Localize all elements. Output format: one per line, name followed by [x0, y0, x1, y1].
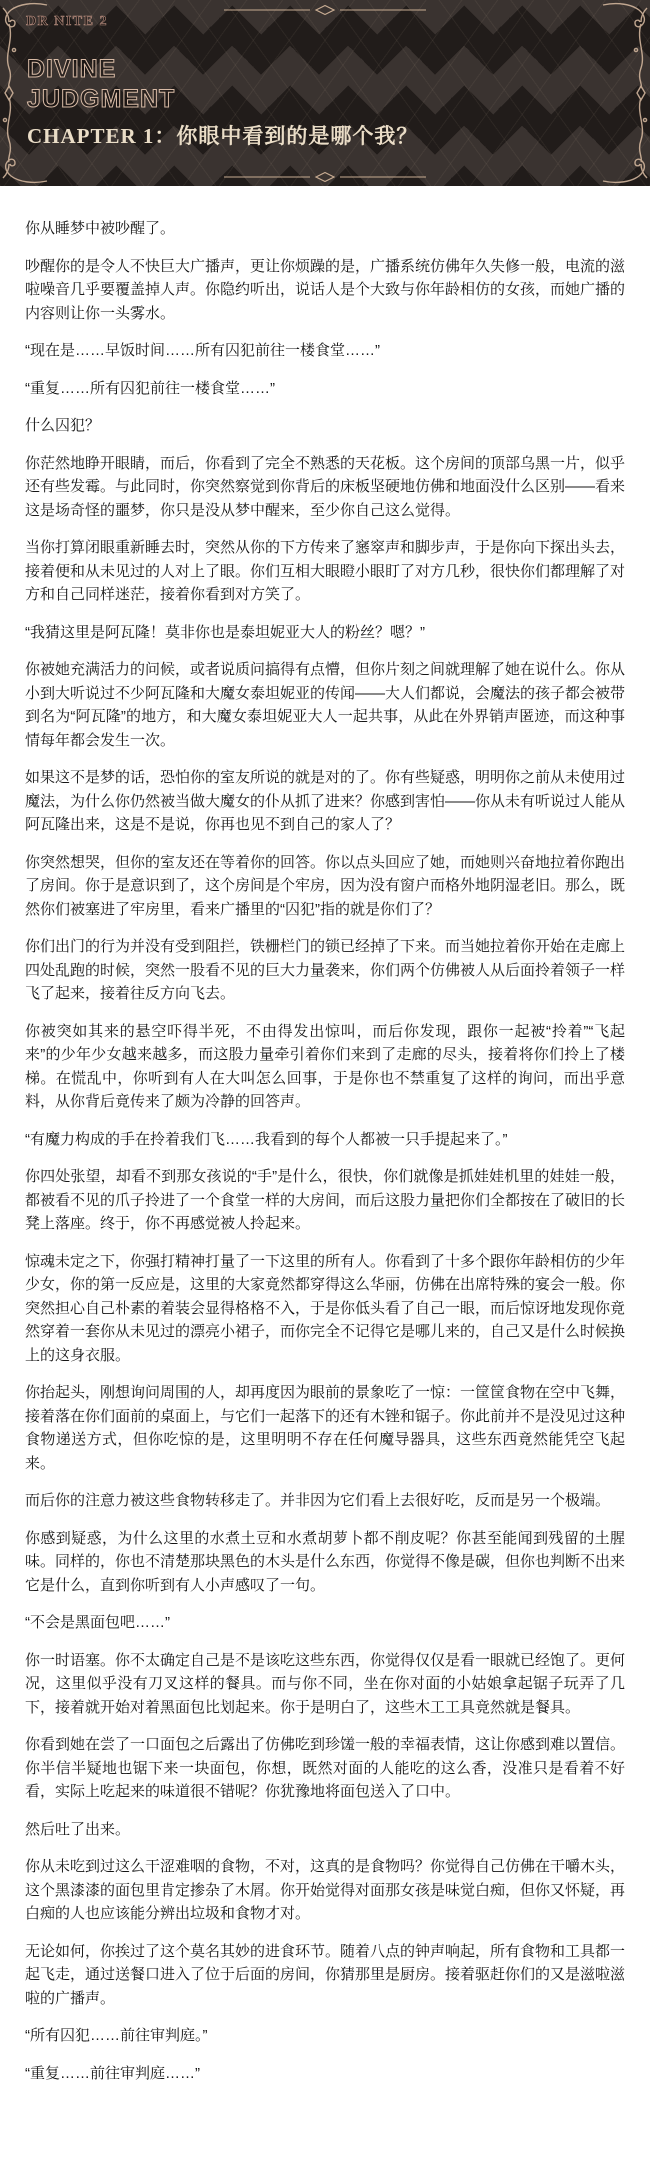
story-paragraph: 你抬起头，刚想询问周围的人，却再度因为眼前的景象吃了一惊：一筐筐食物在空中飞舞，… — [25, 1381, 625, 1475]
story-paragraph: 而后你的注意力被这些食物转移走了。并非因为它们看上去很好吃，反而是另一个极端。 — [25, 1489, 625, 1513]
story-paragraph: 你们出门的行为并没有受到阻拦，铁栅栏门的锁已经掉了下来。而当她拉着你开始在走廊上… — [25, 935, 625, 1006]
divider-diamond-icon — [220, 170, 430, 184]
story-paragraph: 然后吐了出来。 — [25, 1818, 625, 1842]
story-paragraph: “重复……所有囚犯前往一楼食堂……” — [25, 377, 625, 401]
story-paragraph: 吵醒你的是令人不快巨大广播声，更让你烦躁的是，广播系统仿佛年久失修一般，电流的滋… — [25, 255, 625, 326]
story-paragraph: 你从未吃到过这么干涩难咽的食物，不对，这真的是食物吗？你觉得自己仿佛在干嚼木头，… — [25, 1855, 625, 1926]
story-paragraph: 无论如何，你挨过了这个莫名其妙的进食环节。随着八点的钟声响起，所有食物和工具都一… — [25, 1940, 625, 2011]
story-paragraph: 你茫然地睁开眼睛，而后，你看到了完全不熟悉的天花板。这个房间的顶部乌黑一片，似乎… — [25, 452, 625, 523]
story-title-line2: JUDGMENT — [27, 84, 175, 114]
story-paragraph: 你感到疑惑，为什么这里的水煮土豆和水煮胡萝卜都不削皮呢？你甚至能闻到残留的土腥味… — [25, 1527, 625, 1598]
story-paragraph: 如果这不是梦的话，恐怕你的室友所说的就是对的了。你有些疑惑，明明你之前从未使用过… — [25, 766, 625, 837]
chapter-title: CHAPTER 1：你眼中看到的是哪个我？ — [27, 120, 418, 150]
story-paragraph: “所有囚犯……前往审判庭。” — [25, 2024, 625, 2048]
story-title: DIVINE JUDGMENT — [27, 54, 175, 114]
story-paragraph: 你被突如其来的悬空吓得半死，不由得发出惊叫，而后你发现，跟你一起被“拎着”“飞起… — [25, 1020, 625, 1114]
story-paragraph: “现在是……早饭时间……所有囚犯前往一楼食堂……” — [25, 339, 625, 363]
event-tag: DR NITE 2 — [26, 14, 108, 30]
story-title-line1: DIVINE — [27, 54, 175, 84]
divider-diamond-icon — [220, 3, 430, 17]
chapter-header: DR NITE 2 DIVINE JUDGMENT CHAPTER 1：你眼中看… — [0, 0, 650, 186]
story-paragraph: “有魔力构成的手在拎着我们飞……我看到的每个人都被一只手提起来了。” — [25, 1128, 625, 1152]
story-paragraph: 你看到她在尝了一口面包之后露出了仿佛吃到珍馐一般的幸福表情，这让你感到难以置信。… — [25, 1733, 625, 1804]
story-paragraph: “不会是黑面包吧……” — [25, 1611, 625, 1635]
story-paragraph: 惊魂未定之下，你强打精神打量了一下这里的所有人。你看到了十多个跟你年龄相仿的少年… — [25, 1250, 625, 1368]
story-paragraph: 什么囚犯？ — [25, 414, 625, 438]
story-paragraph: “我猜这里是阿瓦隆！莫非你也是泰坦妮亚大人的粉丝？嗯？” — [25, 621, 625, 645]
story-page: DR NITE 2 DIVINE JUDGMENT CHAPTER 1：你眼中看… — [0, 0, 650, 2173]
flourish-right-icon — [601, 0, 649, 186]
story-text: 你从睡梦中被吵醒了。吵醒你的是令人不快巨大广播声，更让你烦躁的是，广播系统仿佛年… — [0, 186, 650, 2085]
story-paragraph: 你突然想哭，但你的室友还在等着你的回答。你以点头回应了她，而她则兴奋地拉着你跑出… — [25, 851, 625, 922]
story-paragraph: 你四处张望，却看不到那女孩说的“手”是什么，很快，你们就像是抓娃娃机里的娃娃一般… — [25, 1165, 625, 1236]
story-paragraph: 你被她充满活力的问候，或者说质问搞得有点懵，但你片刻之间就理解了她在说什么。你从… — [25, 658, 625, 752]
story-paragraph: 你一时语塞。你不太确定自己是不是该吃这些东西，你觉得仅仅是看一眼就已经饱了。更何… — [25, 1649, 625, 1720]
story-paragraph: 当你打算闭眼重新睡去时，突然从你的下方传来了窸窣声和脚步声，于是你向下探出头去，… — [25, 536, 625, 607]
story-paragraph: “重复……前往审判庭……” — [25, 2062, 625, 2086]
story-paragraph: 你从睡梦中被吵醒了。 — [25, 217, 625, 241]
